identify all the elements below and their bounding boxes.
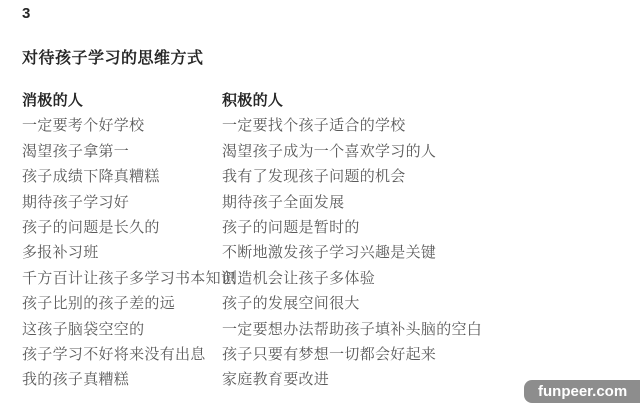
table-row: 孩子成绩下降真糟糕 我有了发现孩子问题的机会 xyxy=(22,164,634,189)
negative-cell: 孩子的问题是长久的 xyxy=(22,215,222,240)
watermark-badge: funpeer.com xyxy=(524,380,640,403)
negative-cell: 这孩子脑袋空空的 xyxy=(22,317,222,342)
table-row: 渴望孩子拿第一 渴望孩子成为一个喜欢学习的人 xyxy=(22,139,634,164)
table-row: 孩子的问题是长久的 孩子的问题是暂时的 xyxy=(22,215,634,240)
positive-cell: 孩子的问题是暂时的 xyxy=(222,215,634,240)
negative-cell: 渴望孩子拿第一 xyxy=(22,139,222,164)
table-row: 这孩子脑袋空空的 一定要想办法帮助孩子填补头脑的空白 xyxy=(22,317,634,342)
positive-cell: 不断地激发孩子学习兴趣是关键 xyxy=(222,240,634,265)
table-row: 多报补习班 不断地激发孩子学习兴趣是关键 xyxy=(22,240,634,265)
table-row: 千方百计让孩子多学习书本知识 创造机会让孩子多体验 xyxy=(22,266,634,291)
table-row: 孩子比别的孩子差的远 孩子的发展空间很大 xyxy=(22,291,634,316)
positive-cell: 创造机会让孩子多体验 xyxy=(222,266,634,291)
positive-cell: 孩子的发展空间很大 xyxy=(222,291,634,316)
negative-cell: 孩子成绩下降真糟糕 xyxy=(22,164,222,189)
negative-cell: 期待孩子学习好 xyxy=(22,190,222,215)
table-header-row: 消极的人 积极的人 xyxy=(22,88,634,113)
negative-cell: 孩子学习不好将来没有出息 xyxy=(22,342,222,367)
positive-cell: 渴望孩子成为一个喜欢学习的人 xyxy=(222,139,634,164)
negative-cell: 一定要考个好学校 xyxy=(22,113,222,138)
negative-cell: 千方百计让孩子多学习书本知识 xyxy=(22,266,222,291)
section-number: 3 xyxy=(22,5,30,22)
negative-cell: 孩子比别的孩子差的远 xyxy=(22,291,222,316)
negative-cell: 我的孩子真糟糕 xyxy=(22,367,222,392)
positive-cell: 我有了发现孩子问题的机会 xyxy=(222,164,634,189)
negative-column-header: 消极的人 xyxy=(22,88,222,113)
table-row: 孩子学习不好将来没有出息 孩子只要有梦想一切都会好起来 xyxy=(22,342,634,367)
page-title: 对待孩子学习的思维方式 xyxy=(22,45,204,68)
positive-column-header: 积极的人 xyxy=(222,88,634,113)
document-page: 3 对待孩子学习的思维方式 消极的人 积极的人 一定要考个好学校 一定要找个孩子… xyxy=(0,0,640,405)
table-row: 期待孩子学习好 期待孩子全面发展 xyxy=(22,190,634,215)
positive-cell: 期待孩子全面发展 xyxy=(222,190,634,215)
positive-cell: 孩子只要有梦想一切都会好起来 xyxy=(222,342,634,367)
positive-cell: 一定要想办法帮助孩子填补头脑的空白 xyxy=(222,317,634,342)
table-row: 一定要考个好学校 一定要找个孩子适合的学校 xyxy=(22,113,634,138)
positive-cell: 一定要找个孩子适合的学校 xyxy=(222,113,634,138)
negative-cell: 多报补习班 xyxy=(22,240,222,265)
comparison-table: 消极的人 积极的人 一定要考个好学校 一定要找个孩子适合的学校 渴望孩子拿第一 … xyxy=(22,88,634,393)
